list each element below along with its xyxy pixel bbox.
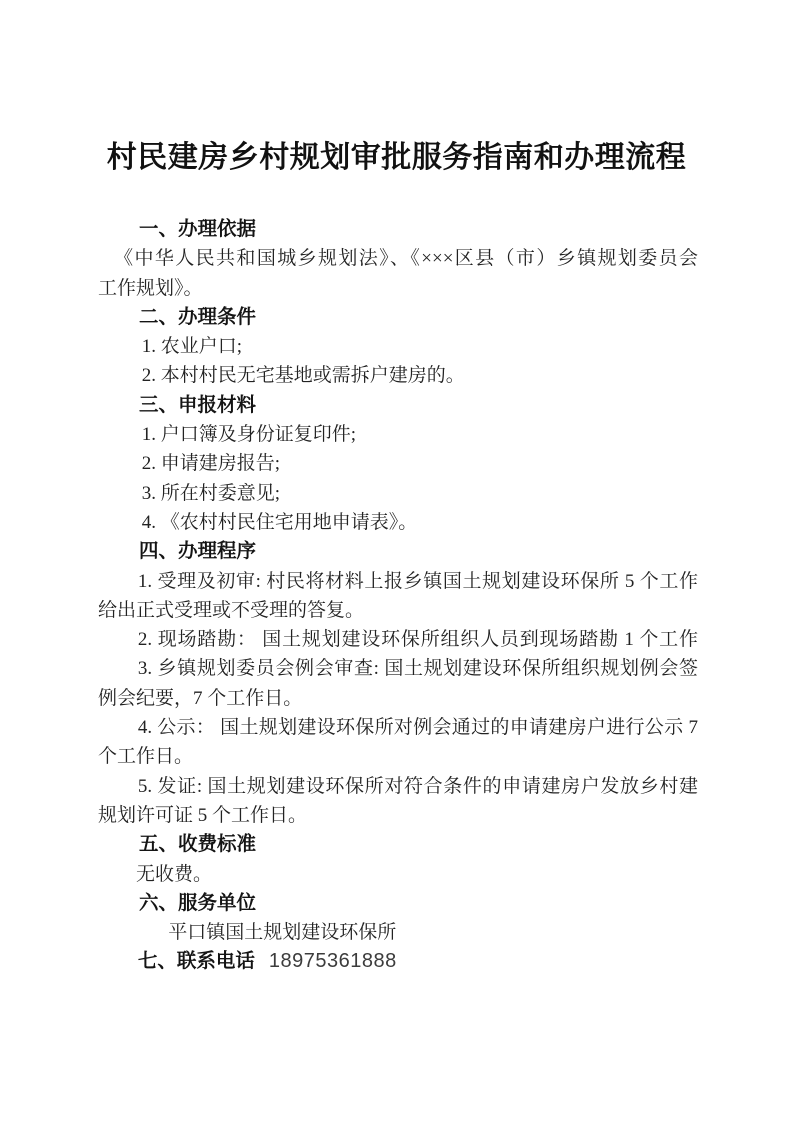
section-heading-5: 五、收费标准 xyxy=(98,830,698,859)
body-line: 3. 所在村委意见; xyxy=(98,479,698,508)
section-heading-3: 三、申报材料 xyxy=(98,391,698,420)
body-line: 3. 乡镇规划委员会例会审查: 国土规划建设环保所组织规划例会签发 xyxy=(98,654,698,683)
contact-phone-number: 18975361888 xyxy=(269,950,397,972)
body-line: 1. 户口簿及身份证复印件; xyxy=(98,420,698,449)
document-title: 村民建房乡村规划审批服务指南和办理流程 xyxy=(0,132,793,176)
section-heading-2: 二、办理条件 xyxy=(98,303,698,332)
body-line: 5. 发证: 国土规划建设环保所对符合条件的申请建房户发放乡村建设 xyxy=(98,772,698,801)
body-line: 无收费。 xyxy=(98,860,698,889)
contact-label: 七、联系电话 xyxy=(138,950,255,972)
contact-line: 七、联系电话18975361888 xyxy=(98,947,698,976)
section-heading-6: 六、服务单位 xyxy=(98,889,698,918)
body-line: 给出正式受理或不受理的答复。 xyxy=(98,596,698,625)
body-line: 1. 受理及初审: 村民将材料上报乡镇国土规划建设环保所 5 个工作日 xyxy=(98,567,698,596)
document-page: 村民建房乡村规划审批服务指南和办理流程 一、办理依据《中华人民共和国城乡规划法》… xyxy=(0,0,793,1122)
body-line: 4. 公示： 国土规划建设环保所对例会通过的申请建房户进行公示 7 xyxy=(98,713,698,742)
body-line: 2. 现场踏勘： 国土规划建设环保所组织人员到现场踏勘 1 个工作日。 xyxy=(98,625,698,654)
document-body: 一、办理依据《中华人民共和国城乡规划法》、《×××区县（市）乡镇规划委员会工作规… xyxy=(98,215,698,977)
body-line: 个工作日。 xyxy=(98,742,698,771)
body-line: 工作规划》。 xyxy=(98,274,698,303)
section-heading-4: 四、办理程序 xyxy=(98,537,698,566)
body-line: 4. 《农村村民住宅用地申请表》。 xyxy=(98,508,698,537)
body-line: 2. 本村村民无宅基地或需拆户建房的。 xyxy=(98,361,698,390)
body-line: 1. 农业户口; xyxy=(98,332,698,361)
body-line: 规划许可证 5 个工作日。 xyxy=(98,801,698,830)
body-line: 《中华人民共和国城乡规划法》、《×××区县（市）乡镇规划委员会 xyxy=(98,244,698,273)
body-line: 平口镇国土规划建设环保所 xyxy=(98,918,698,947)
body-line: 例会纪要，7 个工作日。 xyxy=(98,684,698,713)
section-heading-1: 一、办理依据 xyxy=(98,215,698,244)
body-line: 2. 申请建房报告; xyxy=(98,449,698,478)
